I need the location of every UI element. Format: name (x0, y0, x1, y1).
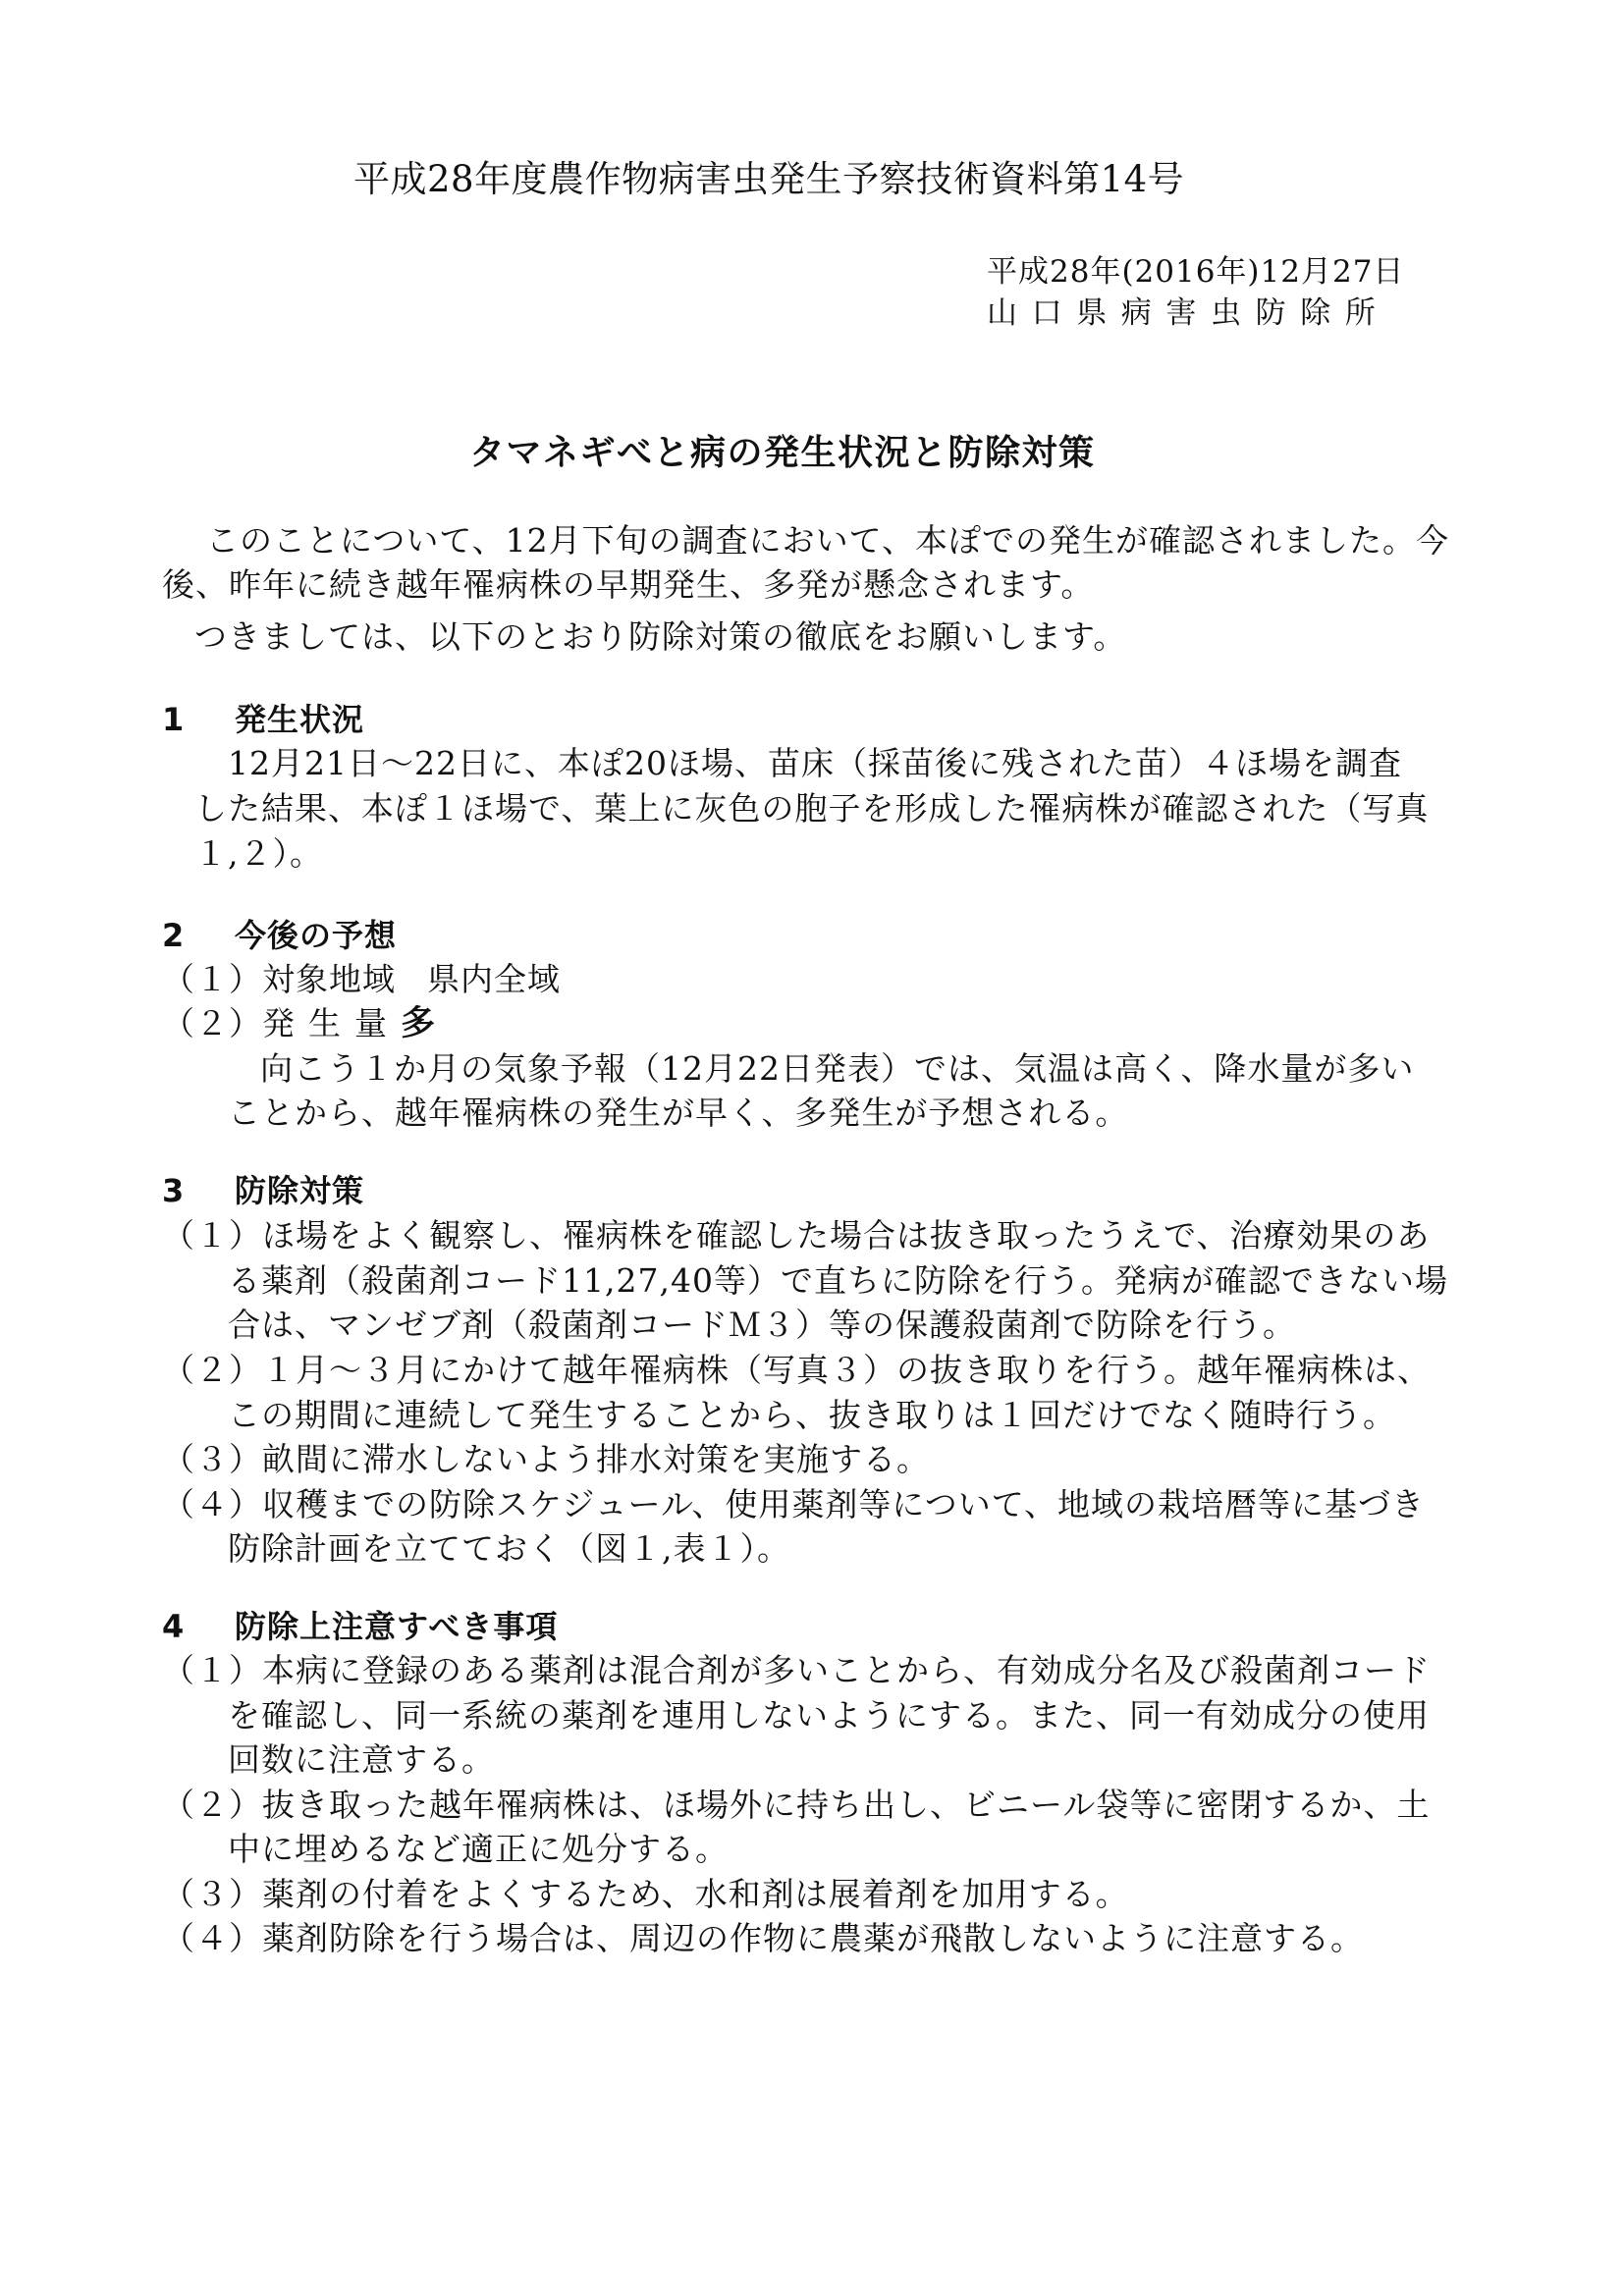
item-marker: （２） (162, 1351, 262, 1389)
section-title: 今後の予想 (235, 917, 397, 954)
item-value: 多 (401, 1004, 436, 1043)
section-number: 4 (162, 1606, 235, 1647)
section-title: 防除上注意すべき事項 (235, 1608, 558, 1645)
item-marker: （３） (162, 1440, 262, 1478)
item-marker: （３） (162, 1875, 262, 1913)
item-text: 収穫までの防除スケジュール、使用薬剤等について、地域の栽培暦等に基づき (262, 1485, 1425, 1523)
item-text: 畝間に滞水しないよう排水対策を実施する。 (262, 1440, 930, 1478)
item-marker: （２） (162, 1786, 262, 1824)
section-title: 発生状況 (235, 701, 364, 738)
section-heading-4: 4防除上注意すべき事項 (162, 1606, 558, 1647)
item-text: 抜き取った越年罹病株は、ほ場外に持ち出し、ビニール袋等に密閉するか、土 (262, 1786, 1430, 1824)
item-text: 薬剤防除を行う場合は、周辺の作物に農薬が飛散しないように注意する。 (262, 1919, 1364, 1957)
section-heading-1: 1発生状況 (162, 699, 364, 740)
intro-line: つきましては、以下のとおり防除対策の徹底をお願いします。 (194, 616, 1126, 658)
item-value: 県内全域 (427, 960, 561, 998)
section-1-line: 12月21日～22日に、本ぽ20ほ場、苗床（採苗後に残された苗）４ほ場を調査 (228, 743, 1402, 784)
caution-item-4-line: （４）薬剤防除を行う場合は、周辺の作物に農薬が飛散しないように注意する。 (162, 1918, 1364, 1959)
intro-line: このことについて、12月下旬の調査において、本ぽでの発生が確認されました。今 (206, 520, 1449, 561)
caution-item-2-line: （２）抜き取った越年罹病株は、ほ場外に持ち出し、ビニール袋等に密閉するか、土 (162, 1785, 1430, 1826)
item-marker: （１） (162, 1651, 262, 1689)
forecast-item-1: （１）対象地域県内全域 (162, 959, 561, 1000)
measure-item-1-line: （１）ほ場をよく観察し、罹病株を確認した場合は抜き取ったうえで、治療効果のあ (162, 1215, 1430, 1256)
measure-item-1-line: 合は、マンゼブ剤（殺菌剤コードＭ３）等の保護殺菌剤で防除を行う。 (228, 1305, 1296, 1346)
item-label: 対象地域 (262, 960, 396, 998)
caution-item-2-line: 中に埋めるなど適正に処分する。 (228, 1829, 729, 1870)
item-marker: （１） (162, 960, 262, 998)
item-text: 薬剤の付着をよくするため、水和剤は展着剤を加用する。 (262, 1875, 1129, 1913)
section-number: 1 (162, 699, 235, 740)
measure-item-3-line: （３）畝間に滞水しないよう排水対策を実施する。 (162, 1439, 930, 1480)
issuer: 山口県病害虫防除所 (987, 293, 1389, 334)
measure-item-2-line: この期間に連続して発生することから、抜き取りは１回だけでなく随時行う。 (228, 1395, 1396, 1436)
document-page: 平成28年度農作物病害虫発生予察技術資料第14号 平成28年(2016年)12月… (0, 0, 1624, 2296)
caution-item-1-line: 回数に注意する。 (228, 1739, 495, 1781)
section-1-line: した結果、本ぽ１ほ場で、葉上に灰色の胞子を形成した罹病株が確認された（写真 (194, 788, 1429, 829)
forecast-item-2: （２）発生量多 (162, 1003, 436, 1044)
measure-item-2-line: （２）１月～３月にかけて越年罹病株（写真３）の抜き取りを行う。越年罹病株は、 (162, 1350, 1431, 1391)
section-heading-3: 3防除対策 (162, 1170, 364, 1211)
item-text: １月～３月にかけて越年罹病株（写真３）の抜き取りを行う。越年罹病株は、 (262, 1351, 1431, 1389)
measure-item-1-line: る薬剤（殺菌剤コード11,27,40等）で直ちに防除を行う。発病が確認できない場 (228, 1260, 1448, 1302)
item-marker: （４） (162, 1919, 262, 1957)
forecast-detail-line: ことから、越年罹病株の発生が早く、多発生が予想される。 (228, 1093, 1128, 1134)
item-text: 本病に登録のある薬剤は混合剤が多いことから、有効成分名及び殺菌剤コード (262, 1651, 1431, 1689)
issue-date: 平成28年(2016年)12月27日 (987, 251, 1404, 293)
forecast-detail-line: 向こう１か月の気象予報（12月22日発表）では、気温は高く、降水量が多い (260, 1048, 1414, 1090)
item-marker: （２） (162, 1004, 262, 1042)
section-heading-2: 2今後の予想 (162, 915, 397, 956)
measure-item-4-line: （４）収穫までの防除スケジュール、使用薬剤等について、地域の栽培暦等に基づき (162, 1484, 1425, 1525)
item-label: 発生量 (262, 1004, 401, 1042)
measure-item-4-line: 防除計画を立てておく（図１,表１）。 (228, 1528, 790, 1570)
document-number: 平成28年度農作物病害虫発生予察技術資料第14号 (353, 159, 1184, 200)
item-marker: （１） (162, 1216, 262, 1255)
document-title: タマネギべと病の発生状況と防除対策 (469, 432, 1096, 473)
section-1-line: １,２）。 (194, 833, 323, 875)
item-marker: （４） (162, 1485, 262, 1523)
section-title: 防除対策 (235, 1172, 364, 1209)
item-text: ほ場をよく観察し、罹病株を確認した場合は抜き取ったうえで、治療効果のあ (262, 1216, 1430, 1255)
caution-item-1-line: （１）本病に登録のある薬剤は混合剤が多いことから、有効成分名及び殺菌剤コード (162, 1650, 1431, 1691)
section-number: 3 (162, 1170, 235, 1211)
caution-item-1-line: を確認し、同一系統の薬剤を連用しないようにする。また、同一有効成分の使用 (228, 1695, 1430, 1736)
section-number: 2 (162, 915, 235, 956)
caution-item-3-line: （３）薬剤の付着をよくするため、水和剤は展着剤を加用する。 (162, 1874, 1129, 1915)
intro-line: 後、昨年に続き越年罹病株の早期発生、多発が懸念されます。 (162, 564, 1094, 606)
